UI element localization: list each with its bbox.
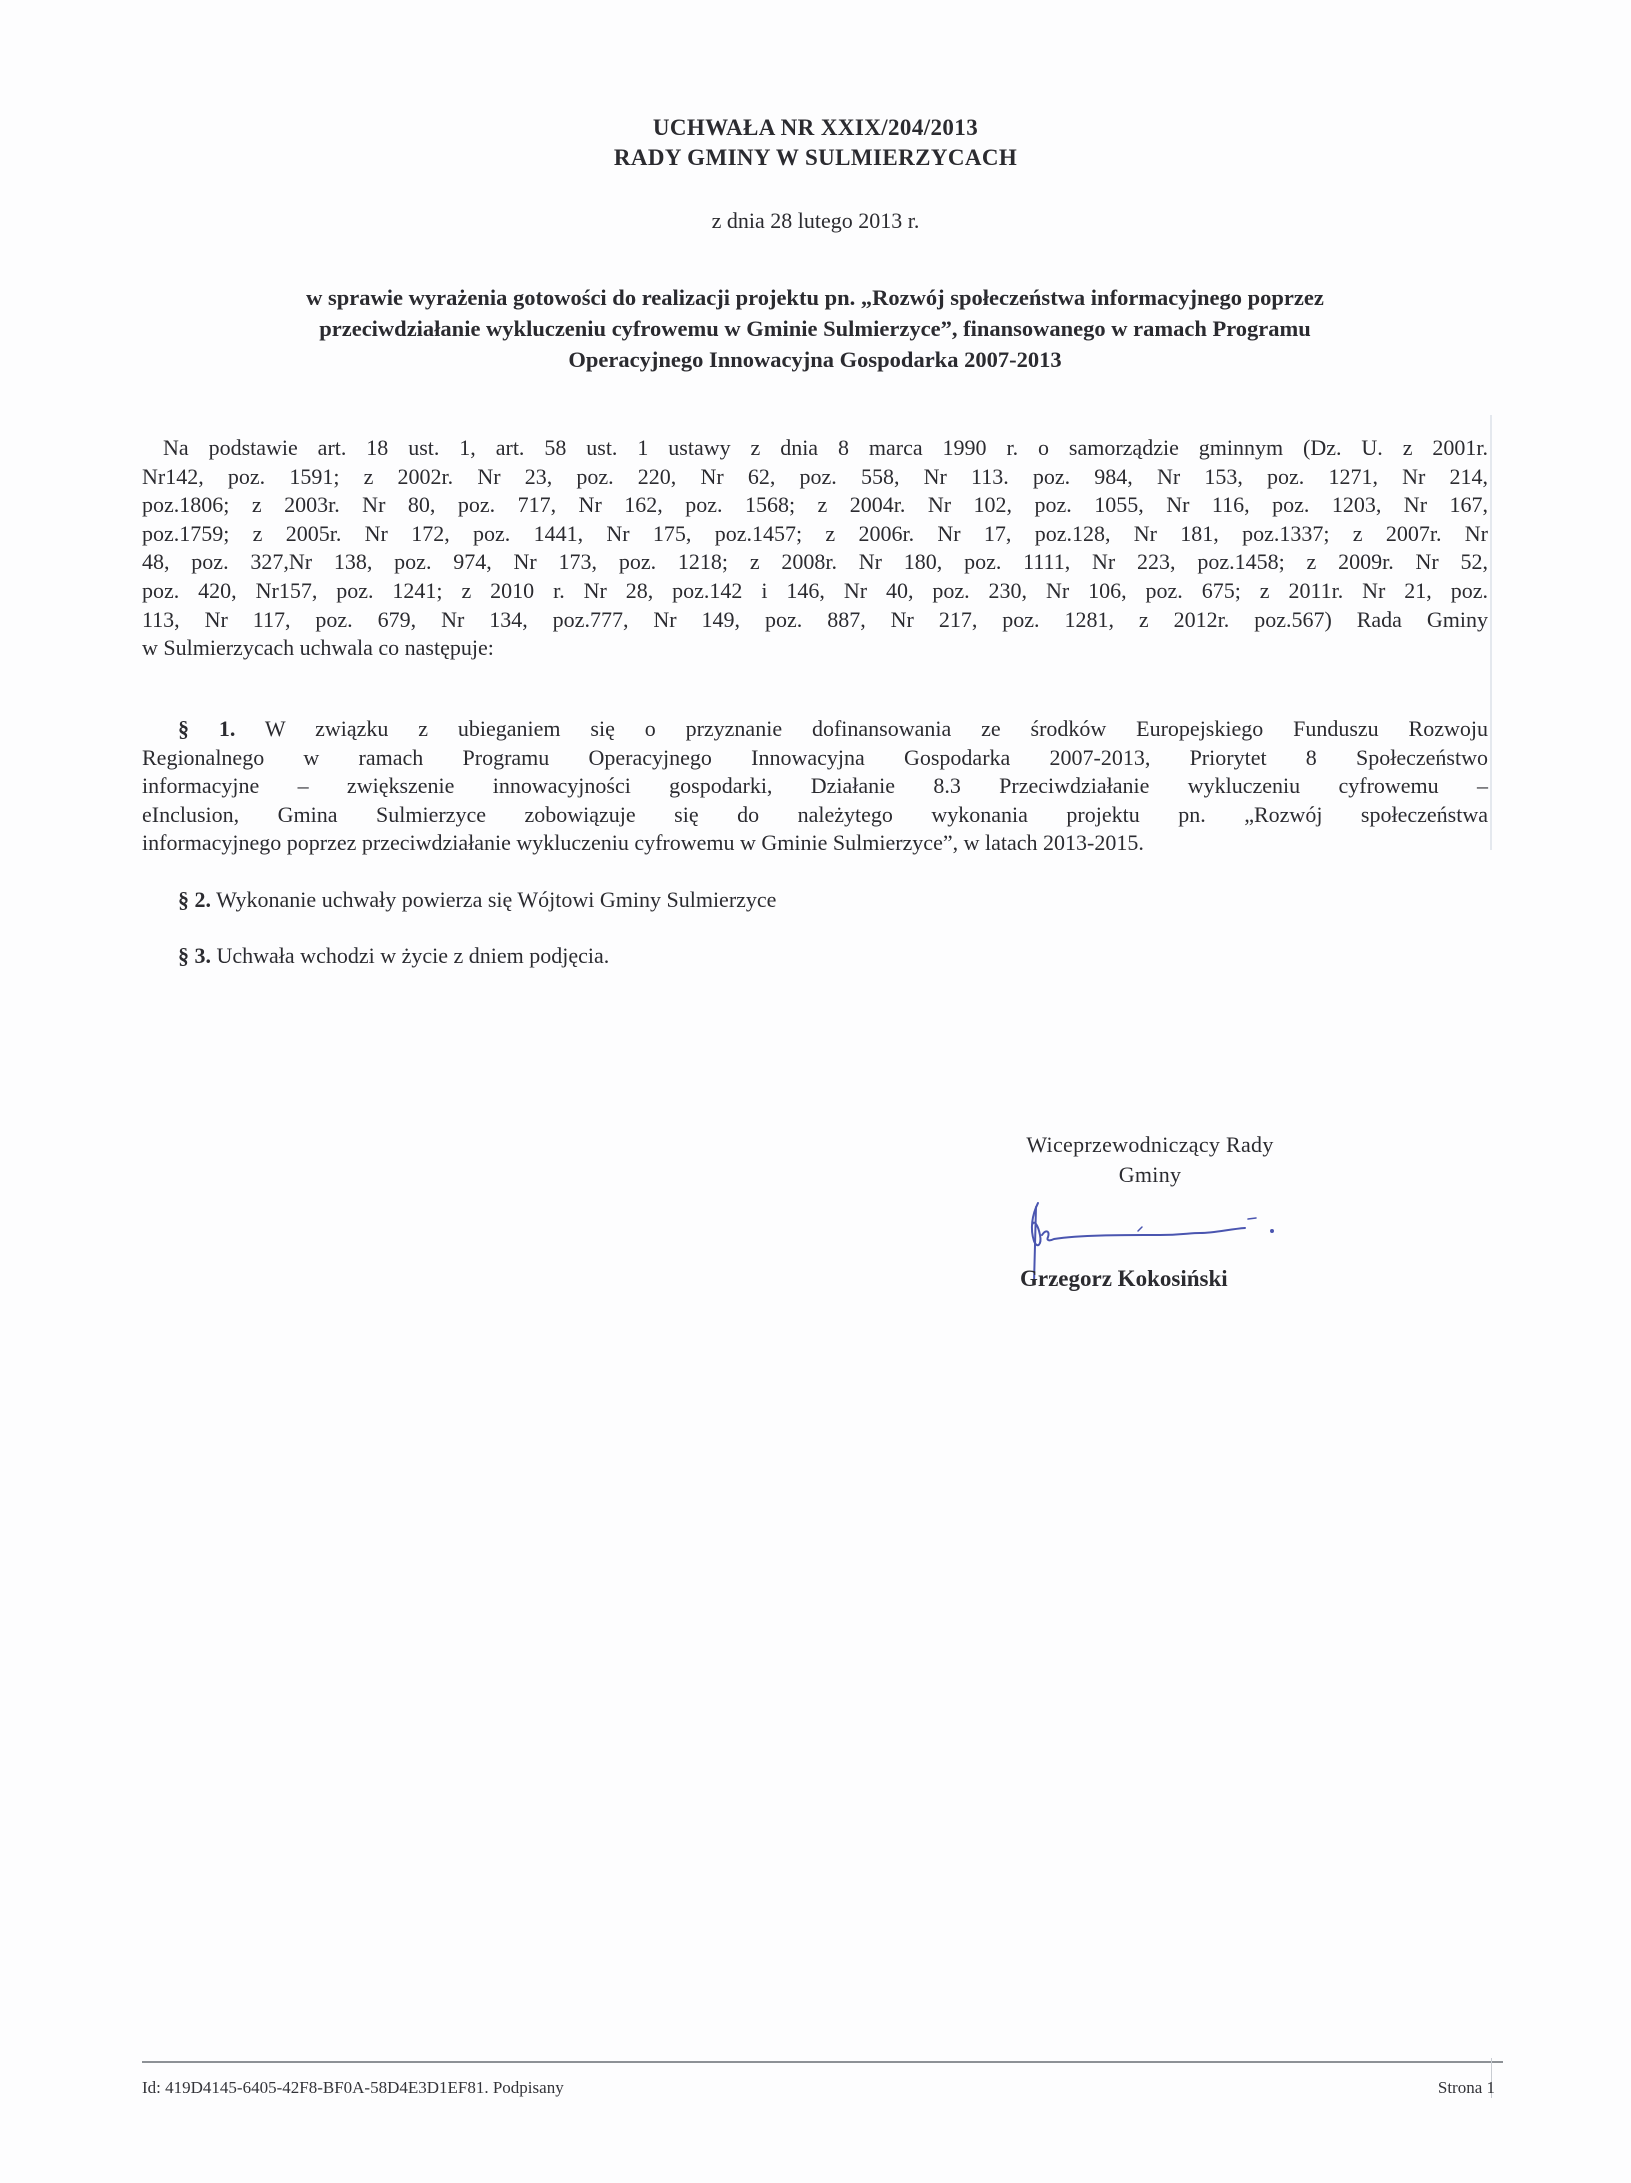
- signature-block: Wiceprzewodniczący Rady Gminy: [985, 1130, 1315, 1190]
- resolution-title: UCHWAŁA NR XXIX/204/2013: [0, 113, 1631, 143]
- section-mark: § 3.: [178, 943, 211, 968]
- signatory-name: Grzegorz Kokosiński: [1020, 1264, 1228, 1294]
- preamble-line: poz.1759; z 2005r. Nr 172, poz. 1441, Nr…: [142, 520, 1488, 549]
- preamble-line: 48, poz. 327,Nr 138, poz. 974, Nr 173, p…: [142, 548, 1488, 577]
- paragraph-text: Uchwała wchodzi w życie z dniem podjęcia…: [211, 943, 609, 968]
- preamble-line: poz.1806; z 2003r. Nr 80, poz. 717, Nr 1…: [142, 491, 1488, 520]
- resolution-issuer: RADY GMINY W SULMIERZYCACH: [0, 143, 1631, 173]
- paragraph-line: Regionalnego w ramach Programu Operacyjn…: [142, 744, 1488, 773]
- section-mark: § 1.: [178, 716, 235, 741]
- paragraph-text: Wykonanie uchwały powierza się Wójtowi G…: [211, 887, 776, 912]
- document-page: UCHWAŁA NR XXIX/204/2013 RADY GMINY W SU…: [0, 0, 1631, 2183]
- paragraph-3: § 3. Uchwała wchodzi w życie z dniem pod…: [178, 942, 609, 970]
- page-number: Strona 1: [1438, 2077, 1495, 2099]
- subject-line: w sprawie wyrażenia gotowości do realiza…: [142, 282, 1488, 313]
- preamble-line: w Sulmierzycach uchwala co następuje:: [142, 634, 1488, 663]
- paragraph-text: W związku z ubieganiem się o przyznanie …: [235, 716, 1488, 741]
- document-id: Id: 419D4145-6405-42F8-BF0A-58D4E3D1EF81…: [142, 2077, 564, 2099]
- section-mark: § 2.: [178, 887, 211, 912]
- signatory-role-continued: Gminy: [985, 1160, 1315, 1190]
- paragraph-line: informacyjnego poprzez przeciwdziałanie …: [142, 829, 1488, 858]
- paragraph-line: informacyjne – zwiększenie innowacyjnośc…: [142, 772, 1488, 801]
- resolution-date: z dnia 28 lutego 2013 r.: [0, 206, 1631, 236]
- paragraph-line: § 1. W związku z ubieganiem się o przyzn…: [142, 715, 1488, 744]
- footer-divider: [142, 2061, 1503, 2063]
- paragraph-1: § 1. W związku z ubieganiem się o przyzn…: [142, 715, 1488, 858]
- paragraph-2: § 2. Wykonanie uchwały powierza się Wójt…: [178, 886, 776, 914]
- preamble-line: Na podstawie art. 18 ust. 1, art. 58 ust…: [142, 434, 1488, 463]
- signatory-role: Wiceprzewodniczący Rady: [985, 1130, 1315, 1160]
- preamble-line: Nr142, poz. 1591; z 2002r. Nr 23, poz. 2…: [142, 463, 1488, 492]
- resolution-subject: w sprawie wyrażenia gotowości do realiza…: [142, 282, 1488, 375]
- subject-line: Operacyjnego Innowacyjna Gospodarka 2007…: [142, 344, 1488, 375]
- legal-basis-preamble: Na podstawie art. 18 ust. 1, art. 58 ust…: [142, 434, 1488, 663]
- scan-artifact-line: [1490, 415, 1492, 850]
- subject-line: przeciwdziałanie wykluczeniu cyfrowemu w…: [142, 313, 1488, 344]
- preamble-line: poz. 420, Nr157, poz. 1241; z 2010 r. Nr…: [142, 577, 1488, 606]
- paragraph-line: eInclusion, Gmina Sulmierzyce zobowiązuj…: [142, 801, 1488, 830]
- preamble-line: 113, Nr 117, poz. 679, Nr 134, poz.777, …: [142, 606, 1488, 635]
